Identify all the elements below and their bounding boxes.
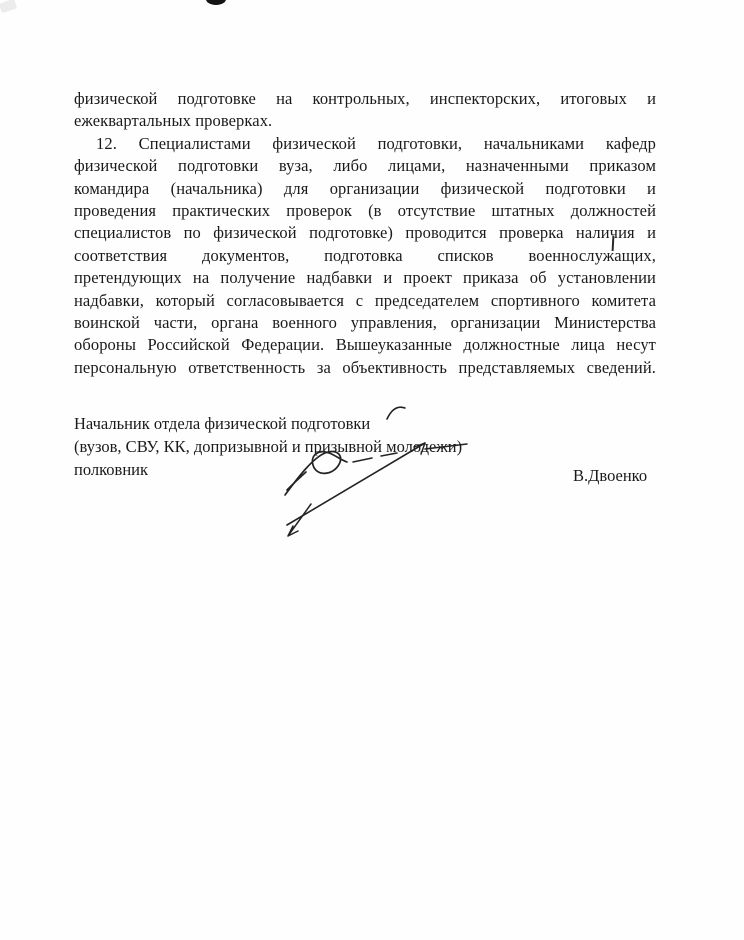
text-line: 12. Специалистами физической подготовки,…: [74, 133, 656, 155]
text-line: проведения практических проверок (в отсу…: [74, 200, 656, 222]
signatory-name: В.Двоенко: [573, 466, 647, 486]
text-line: обороны Российской Федерации. Вышеуказан…: [74, 334, 656, 356]
scan-smudge-artifact: [0, 0, 17, 13]
text-line: физической подготовки вуза, либо лицами,…: [74, 155, 656, 177]
text-line: воинской части, органа военного управлен…: [74, 312, 656, 334]
cutoff-character-artifact: [206, 0, 226, 5]
text-line: физической подготовке на контрольных, ин…: [74, 88, 656, 110]
text-line: персональную ответственность за объектив…: [74, 357, 656, 379]
handwritten-signature-icon: [275, 398, 485, 544]
text-line: командира (начальника) для организации ф…: [74, 178, 656, 200]
text-line: ежеквартальных проверках.: [74, 110, 656, 132]
document-page: физической подготовке на контрольных, ин…: [0, 0, 744, 940]
text-line: надбавки, который согласовывается с пред…: [74, 290, 656, 312]
document-body: физической подготовке на контрольных, ин…: [74, 88, 656, 379]
text-line: специалистов по физической подготовке) п…: [74, 222, 656, 244]
text-line: соответствия документов, подготовка спис…: [74, 245, 656, 267]
text-line: претендующих на получение надбавки и про…: [74, 267, 656, 289]
